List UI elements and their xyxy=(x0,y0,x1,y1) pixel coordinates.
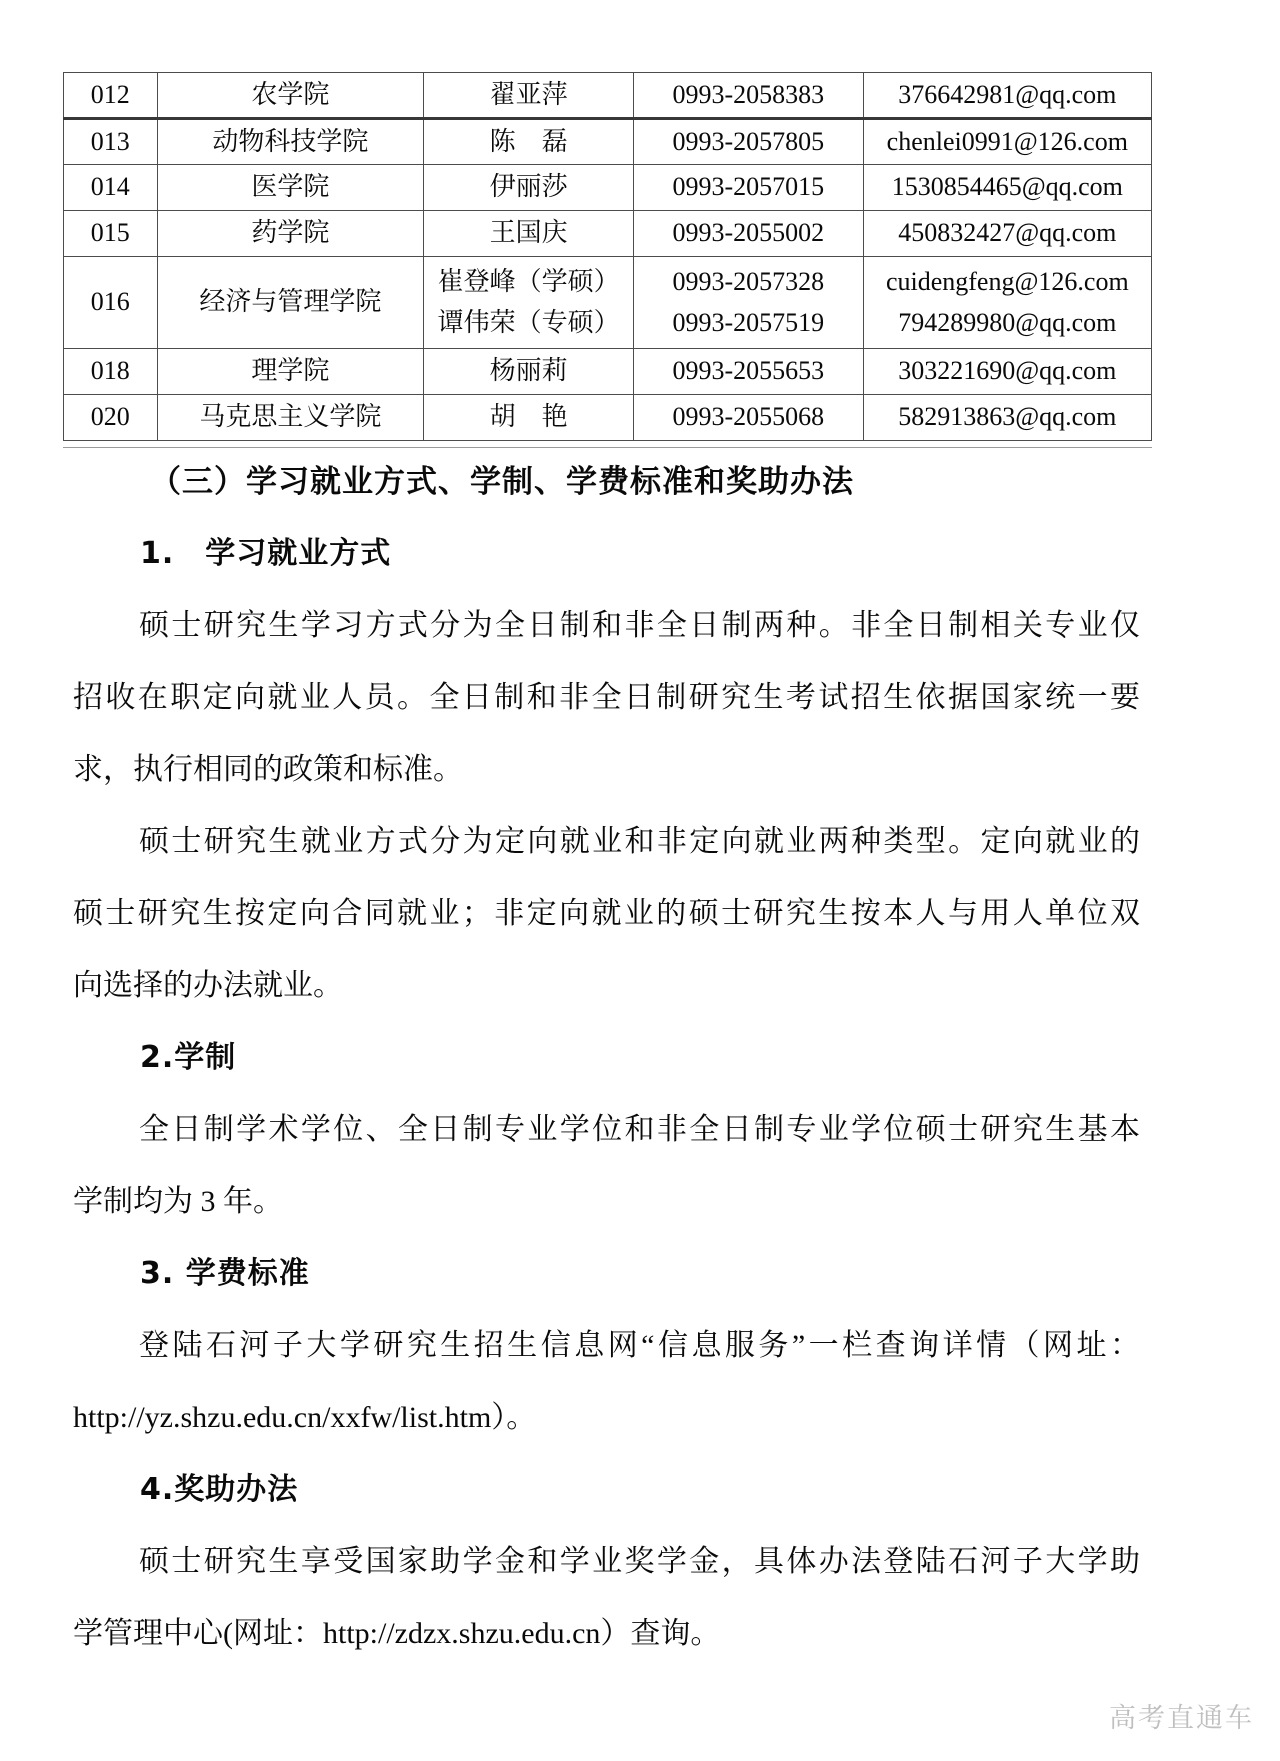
contact-cell: 王国庆 xyxy=(424,211,634,257)
code-cell: 012 xyxy=(64,73,158,119)
college-cell: 马克思主义学院 xyxy=(157,395,424,441)
table-row: 015药学院王国庆0993-2055002450832427@qq.com xyxy=(64,211,1152,257)
contact-cell: 崔登峰（学硕） 谭伟荣（专硕） xyxy=(424,257,634,349)
table-row: 020马克思主义学院胡 艳0993-2055068582913863@qq.co… xyxy=(64,395,1152,441)
code-cell: 020 xyxy=(64,395,158,441)
table-row: 016经济与管理学院崔登峰（学硕） 谭伟荣（专硕）0993-2057328 09… xyxy=(64,257,1152,349)
college-cell: 医学院 xyxy=(157,165,424,211)
watermark: 高考直通车 xyxy=(1109,1696,1254,1735)
body-line: 学管理中心(网址：http://zdzx.shzu.edu.cn）查询。 xyxy=(73,1598,1140,1670)
contact-cell: 伊丽莎 xyxy=(424,165,634,211)
body-line: 硕士研究生按定向合同就业；非定向就业的硕士研究生按本人与用人单位双 xyxy=(73,878,1140,950)
sub-heading-4: 4.奖助办法 xyxy=(140,1454,1280,1526)
code-cell: 018 xyxy=(64,349,158,395)
body-line: 招收在职定向就业人员。全日制和非全日制研究生考试招生依据国家统一要 xyxy=(73,662,1140,734)
body-line: 硕士研究生学习方式分为全日制和非全日制两种。非全日制相关专业仅 xyxy=(73,590,1140,662)
code-cell: 016 xyxy=(64,257,158,349)
code-cell: 015 xyxy=(64,211,158,257)
contact-cell: 杨丽莉 xyxy=(424,349,634,395)
code-cell: 013 xyxy=(64,119,158,165)
body-line: 向选择的办法就业。 xyxy=(73,950,1140,1022)
phone-cell: 0993-2055068 xyxy=(634,395,864,441)
phone-cell: 0993-2058383 xyxy=(634,73,864,119)
code-cell: 014 xyxy=(64,165,158,211)
email-cell: 376642981@qq.com xyxy=(863,73,1151,119)
body-line: 硕士研究生就业方式分为定向就业和非定向就业两种类型。定向就业的 xyxy=(73,806,1140,878)
table-row: 014医学院伊丽莎0993-20570151530854465@qq.com xyxy=(64,165,1152,211)
document-body: （三）学习就业方式、学制、学费标准和奖助办法1. 学习就业方式硕士研究生学习方式… xyxy=(0,446,1280,1670)
contact-cell: 胡 艳 xyxy=(424,395,634,441)
contact-cell: 翟亚萍 xyxy=(424,73,634,119)
college-cell: 药学院 xyxy=(157,211,424,257)
email-cell: 582913863@qq.com xyxy=(863,395,1151,441)
college-cell: 动物科技学院 xyxy=(157,119,424,165)
college-cell: 经济与管理学院 xyxy=(157,257,424,349)
email-cell: cuidengfeng@126.com 794289980@qq.com xyxy=(863,257,1151,349)
email-cell: 303221690@qq.com xyxy=(863,349,1151,395)
phone-cell: 0993-2055653 xyxy=(634,349,864,395)
sub-heading-3: 3. 学费标准 xyxy=(140,1238,1280,1310)
phone-cell: 0993-2057015 xyxy=(634,165,864,211)
body-line: 全日制学术学位、全日制专业学位和非全日制专业学位硕士研究生基本 xyxy=(73,1094,1140,1166)
email-cell: 1530854465@qq.com xyxy=(863,165,1151,211)
body-line: 学制均为 3 年。 xyxy=(73,1166,1140,1238)
table-row: 012农学院翟亚萍0993-2058383376642981@qq.com xyxy=(64,73,1152,119)
sub-heading-1: 1. 学习就业方式 xyxy=(140,518,1280,590)
phone-cell: 0993-2057328 0993-2057519 xyxy=(634,257,864,349)
body-line: 登陆石河子大学研究生招生信息网“信息服务”一栏查询详情（网址： xyxy=(73,1310,1140,1382)
college-cell: 理学院 xyxy=(157,349,424,395)
body-line: http://yz.shzu.edu.cn/xxfw/list.htm）。 xyxy=(73,1382,1140,1454)
table-row: 018理学院杨丽莉0993-2055653303221690@qq.com xyxy=(64,349,1152,395)
phone-cell: 0993-2055002 xyxy=(634,211,864,257)
document-page: 012农学院翟亚萍0993-2058383376642981@qq.com013… xyxy=(0,0,1280,1761)
sub-heading-2: 2.学制 xyxy=(140,1022,1280,1094)
body-line: 求，执行相同的政策和标准。 xyxy=(73,734,1140,806)
body-line: 硕士研究生享受国家助学金和学业奖学金，具体办法登陆石河子大学助 xyxy=(73,1526,1140,1598)
table-row: 013动物科技学院陈 磊0993-2057805chenlei0991@126.… xyxy=(64,119,1152,165)
email-cell: 450832427@qq.com xyxy=(863,211,1151,257)
email-cell: chenlei0991@126.com xyxy=(863,119,1151,165)
college-cell: 农学院 xyxy=(157,73,424,119)
section-heading: （三）学习就业方式、学制、学费标准和奖助办法 xyxy=(150,446,1280,518)
college-contact-table: 012农学院翟亚萍0993-2058383376642981@qq.com013… xyxy=(63,72,1152,441)
phone-cell: 0993-2057805 xyxy=(634,119,864,165)
contact-cell: 陈 磊 xyxy=(424,119,634,165)
